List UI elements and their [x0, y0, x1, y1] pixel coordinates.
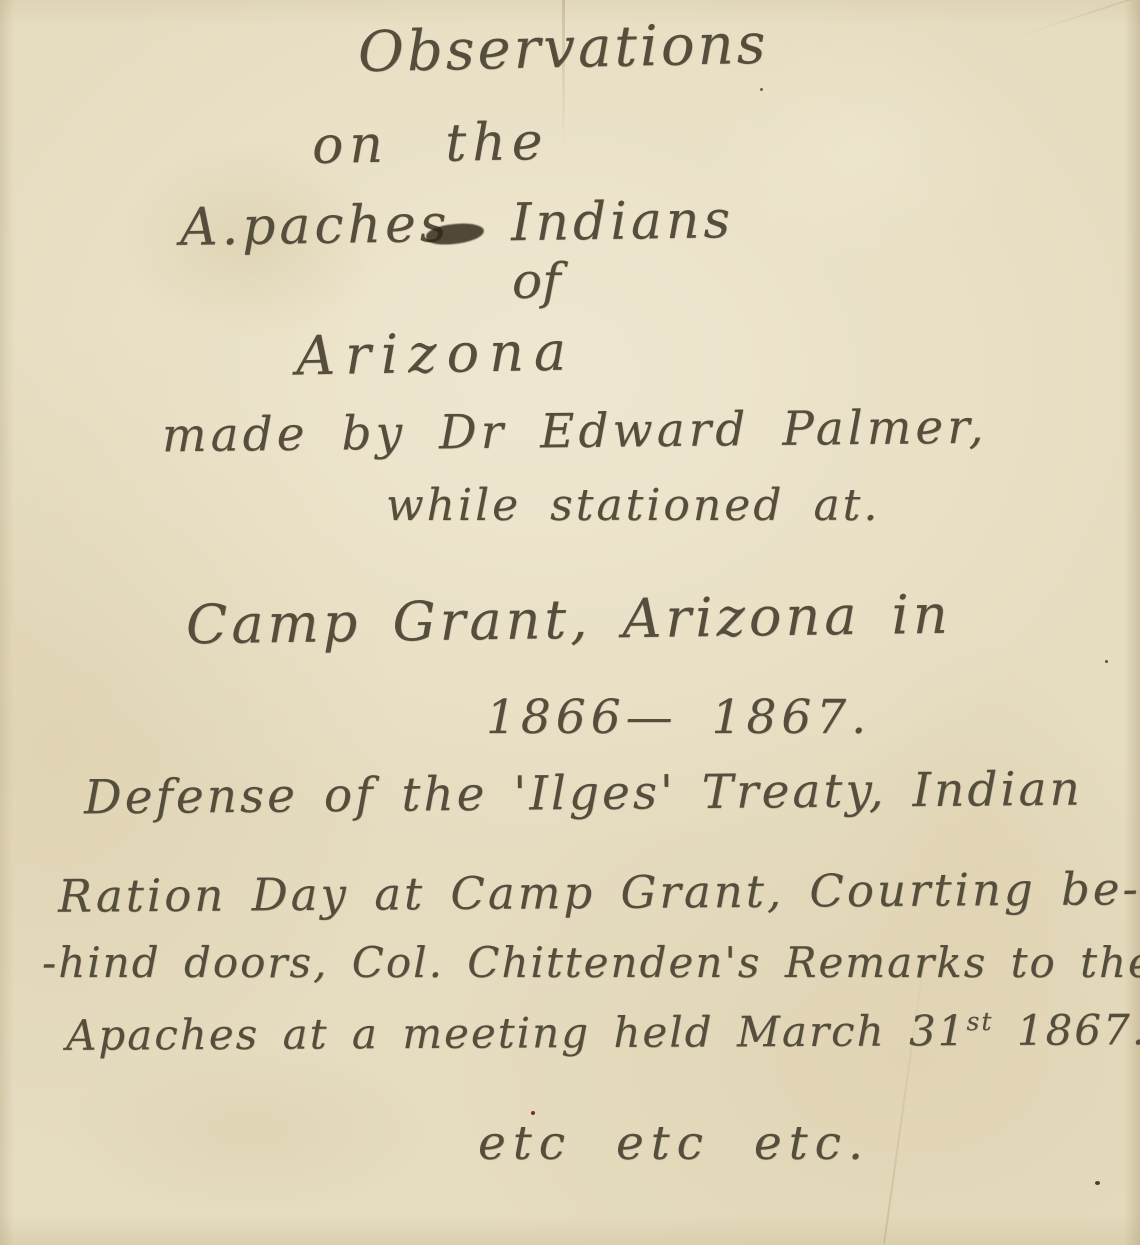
manuscript-line-meeting: Apaches at a meeting held March 31st 186… — [66, 1005, 1140, 1060]
manuscript-line-on-the: on the — [311, 112, 549, 176]
paper-speck — [1105, 660, 1108, 663]
meeting-text-pre: Apaches at a meeting held March 31 — [66, 1006, 967, 1060]
manuscript-line-chittenden: -hind doors, Col. Chittenden's Remarks t… — [42, 938, 1140, 987]
manuscript-line-of: of — [512, 252, 561, 310]
manuscript-line-defense: Defense of the 'Ilges' Treaty, Indian — [84, 762, 1083, 826]
manuscript-line-stationed: while stationed at. — [386, 480, 880, 531]
paper-stain — [830, 640, 1130, 1060]
meeting-text-post: 1867. — [993, 1005, 1140, 1055]
meeting-ordinal-superscript: st — [966, 1007, 993, 1036]
paper-stain — [60, 1040, 440, 1220]
paper-speck — [531, 1111, 535, 1115]
manuscript-line-ration-day: Ration Day at Camp Grant, Courting be- — [58, 862, 1140, 923]
paper-speck — [1095, 1181, 1100, 1185]
paper-crease — [1014, 0, 1140, 38]
manuscript-line-etc: etc etc etc. — [478, 1116, 870, 1171]
manuscript-line-years: 1866— 1867. — [486, 690, 871, 745]
manuscript-line-apaches-indians: A.paches Indians — [180, 190, 735, 258]
manuscript-line-title: Observations — [357, 12, 769, 86]
paper-speck — [760, 88, 763, 91]
manuscript-line-camp-grant: Camp Grant, Arizona in — [186, 583, 952, 657]
manuscript-page: Observations on the A.paches Indians of … — [0, 0, 1140, 1245]
manuscript-line-author: made by Dr Edward Palmer, — [162, 400, 988, 464]
manuscript-line-arizona: Arizona — [295, 320, 576, 388]
